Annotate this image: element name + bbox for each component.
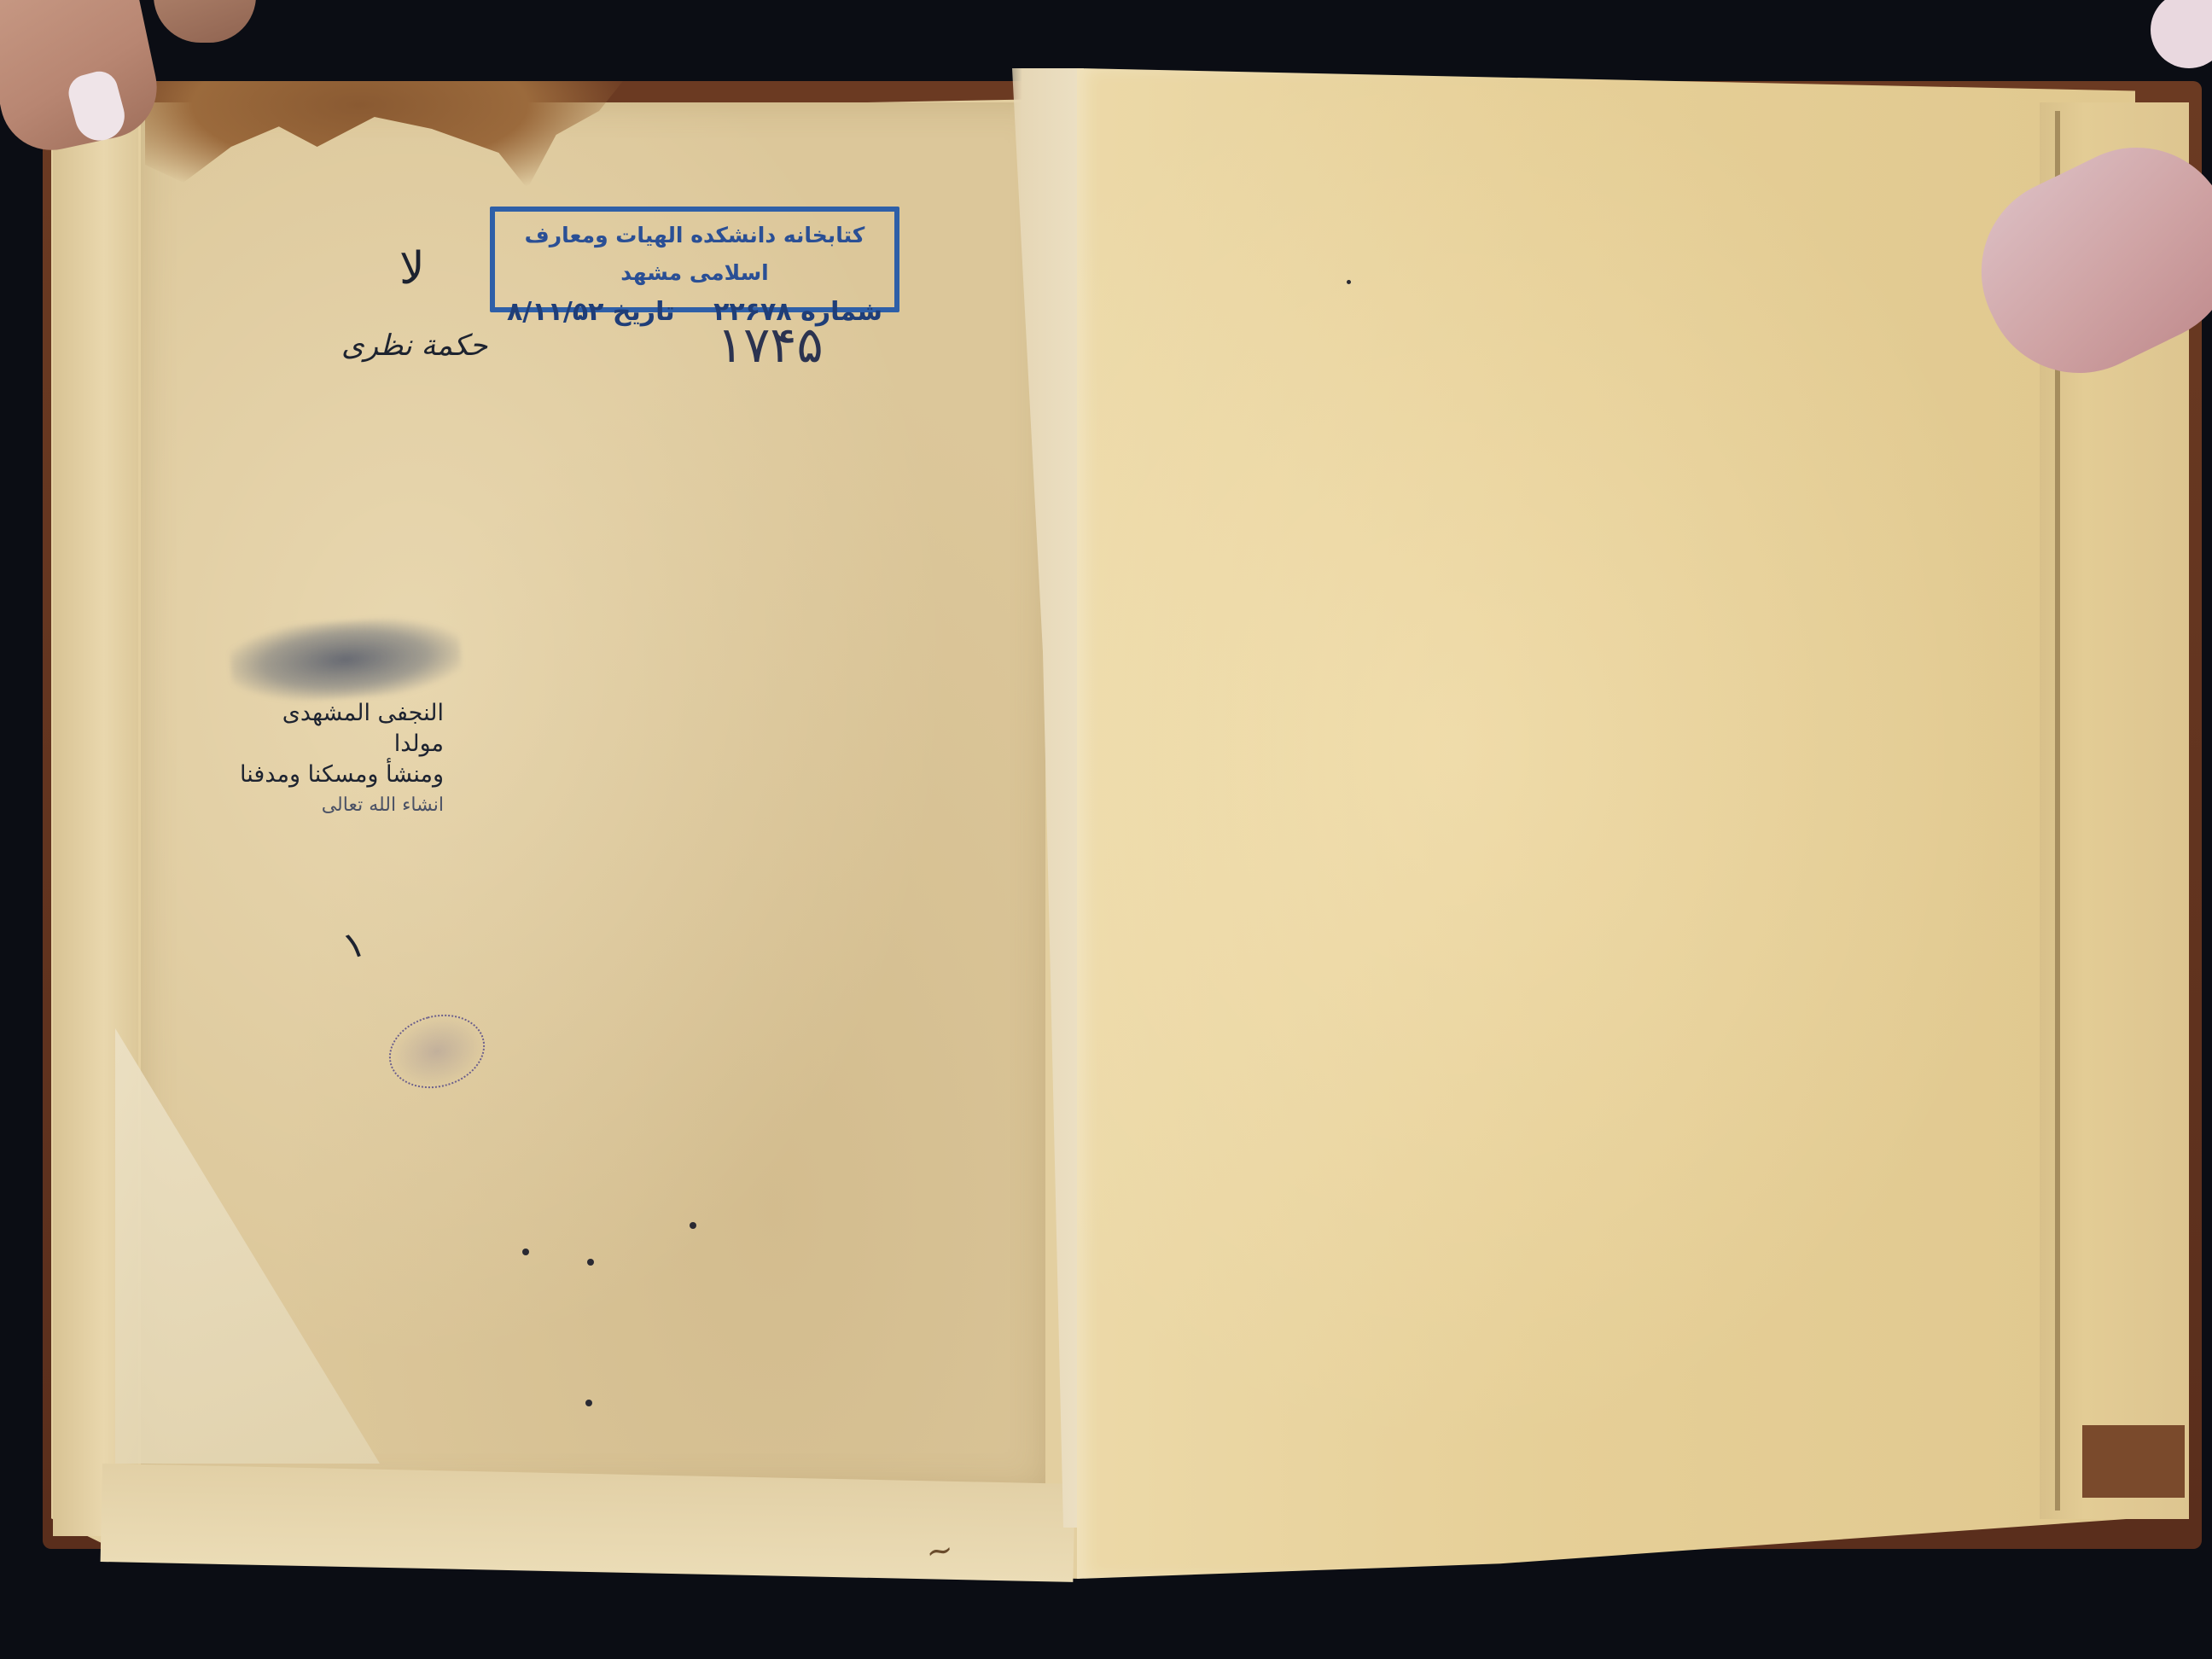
- handwritten-subject-note: حکمة نظری: [341, 329, 487, 363]
- ink-dot: [585, 1400, 592, 1406]
- finger-top-right-tip: [2151, 0, 2212, 68]
- finger-top-left-back: [154, 0, 256, 43]
- handwritten-top-mark: لا: [399, 243, 425, 294]
- stamp-date-label: تاریخ: [613, 297, 675, 327]
- library-stamp: کتابخانه دانشکده الهیات ومعارف اسلامی مش…: [490, 207, 899, 312]
- ink-dot: [1347, 280, 1351, 284]
- cover-board-corner: [2082, 1425, 2185, 1498]
- ink-dot: [587, 1259, 594, 1266]
- ink-dot: [690, 1222, 696, 1229]
- erased-ink-smudge: [228, 614, 463, 707]
- note-line-2: ومنشأ ومسکنا ومدفنا: [239, 760, 444, 790]
- ownership-note: النجفی المشهدی مولدا ومنشأ ومسکنا ومدفنا…: [239, 698, 444, 821]
- ink-dot: [522, 1249, 529, 1255]
- stamp-number-date-row: شماره ۲۲۶۷۸ تاریخ ۸/۱۱/۵۲: [507, 292, 882, 333]
- right-flyleaf-page: [1077, 68, 2135, 1579]
- stamp-date-value: ۸/۱۱/۵۲: [507, 297, 603, 327]
- stamp-library-name: کتابخانه دانشکده الهیات ومعارف اسلامی مش…: [507, 217, 882, 292]
- note-line-1: النجفی المشهدی مولدا: [239, 698, 444, 760]
- note-line-3: انشاء الله تعالی: [239, 790, 444, 821]
- handwritten-shelf-number: ۱۷۴۵: [717, 316, 824, 374]
